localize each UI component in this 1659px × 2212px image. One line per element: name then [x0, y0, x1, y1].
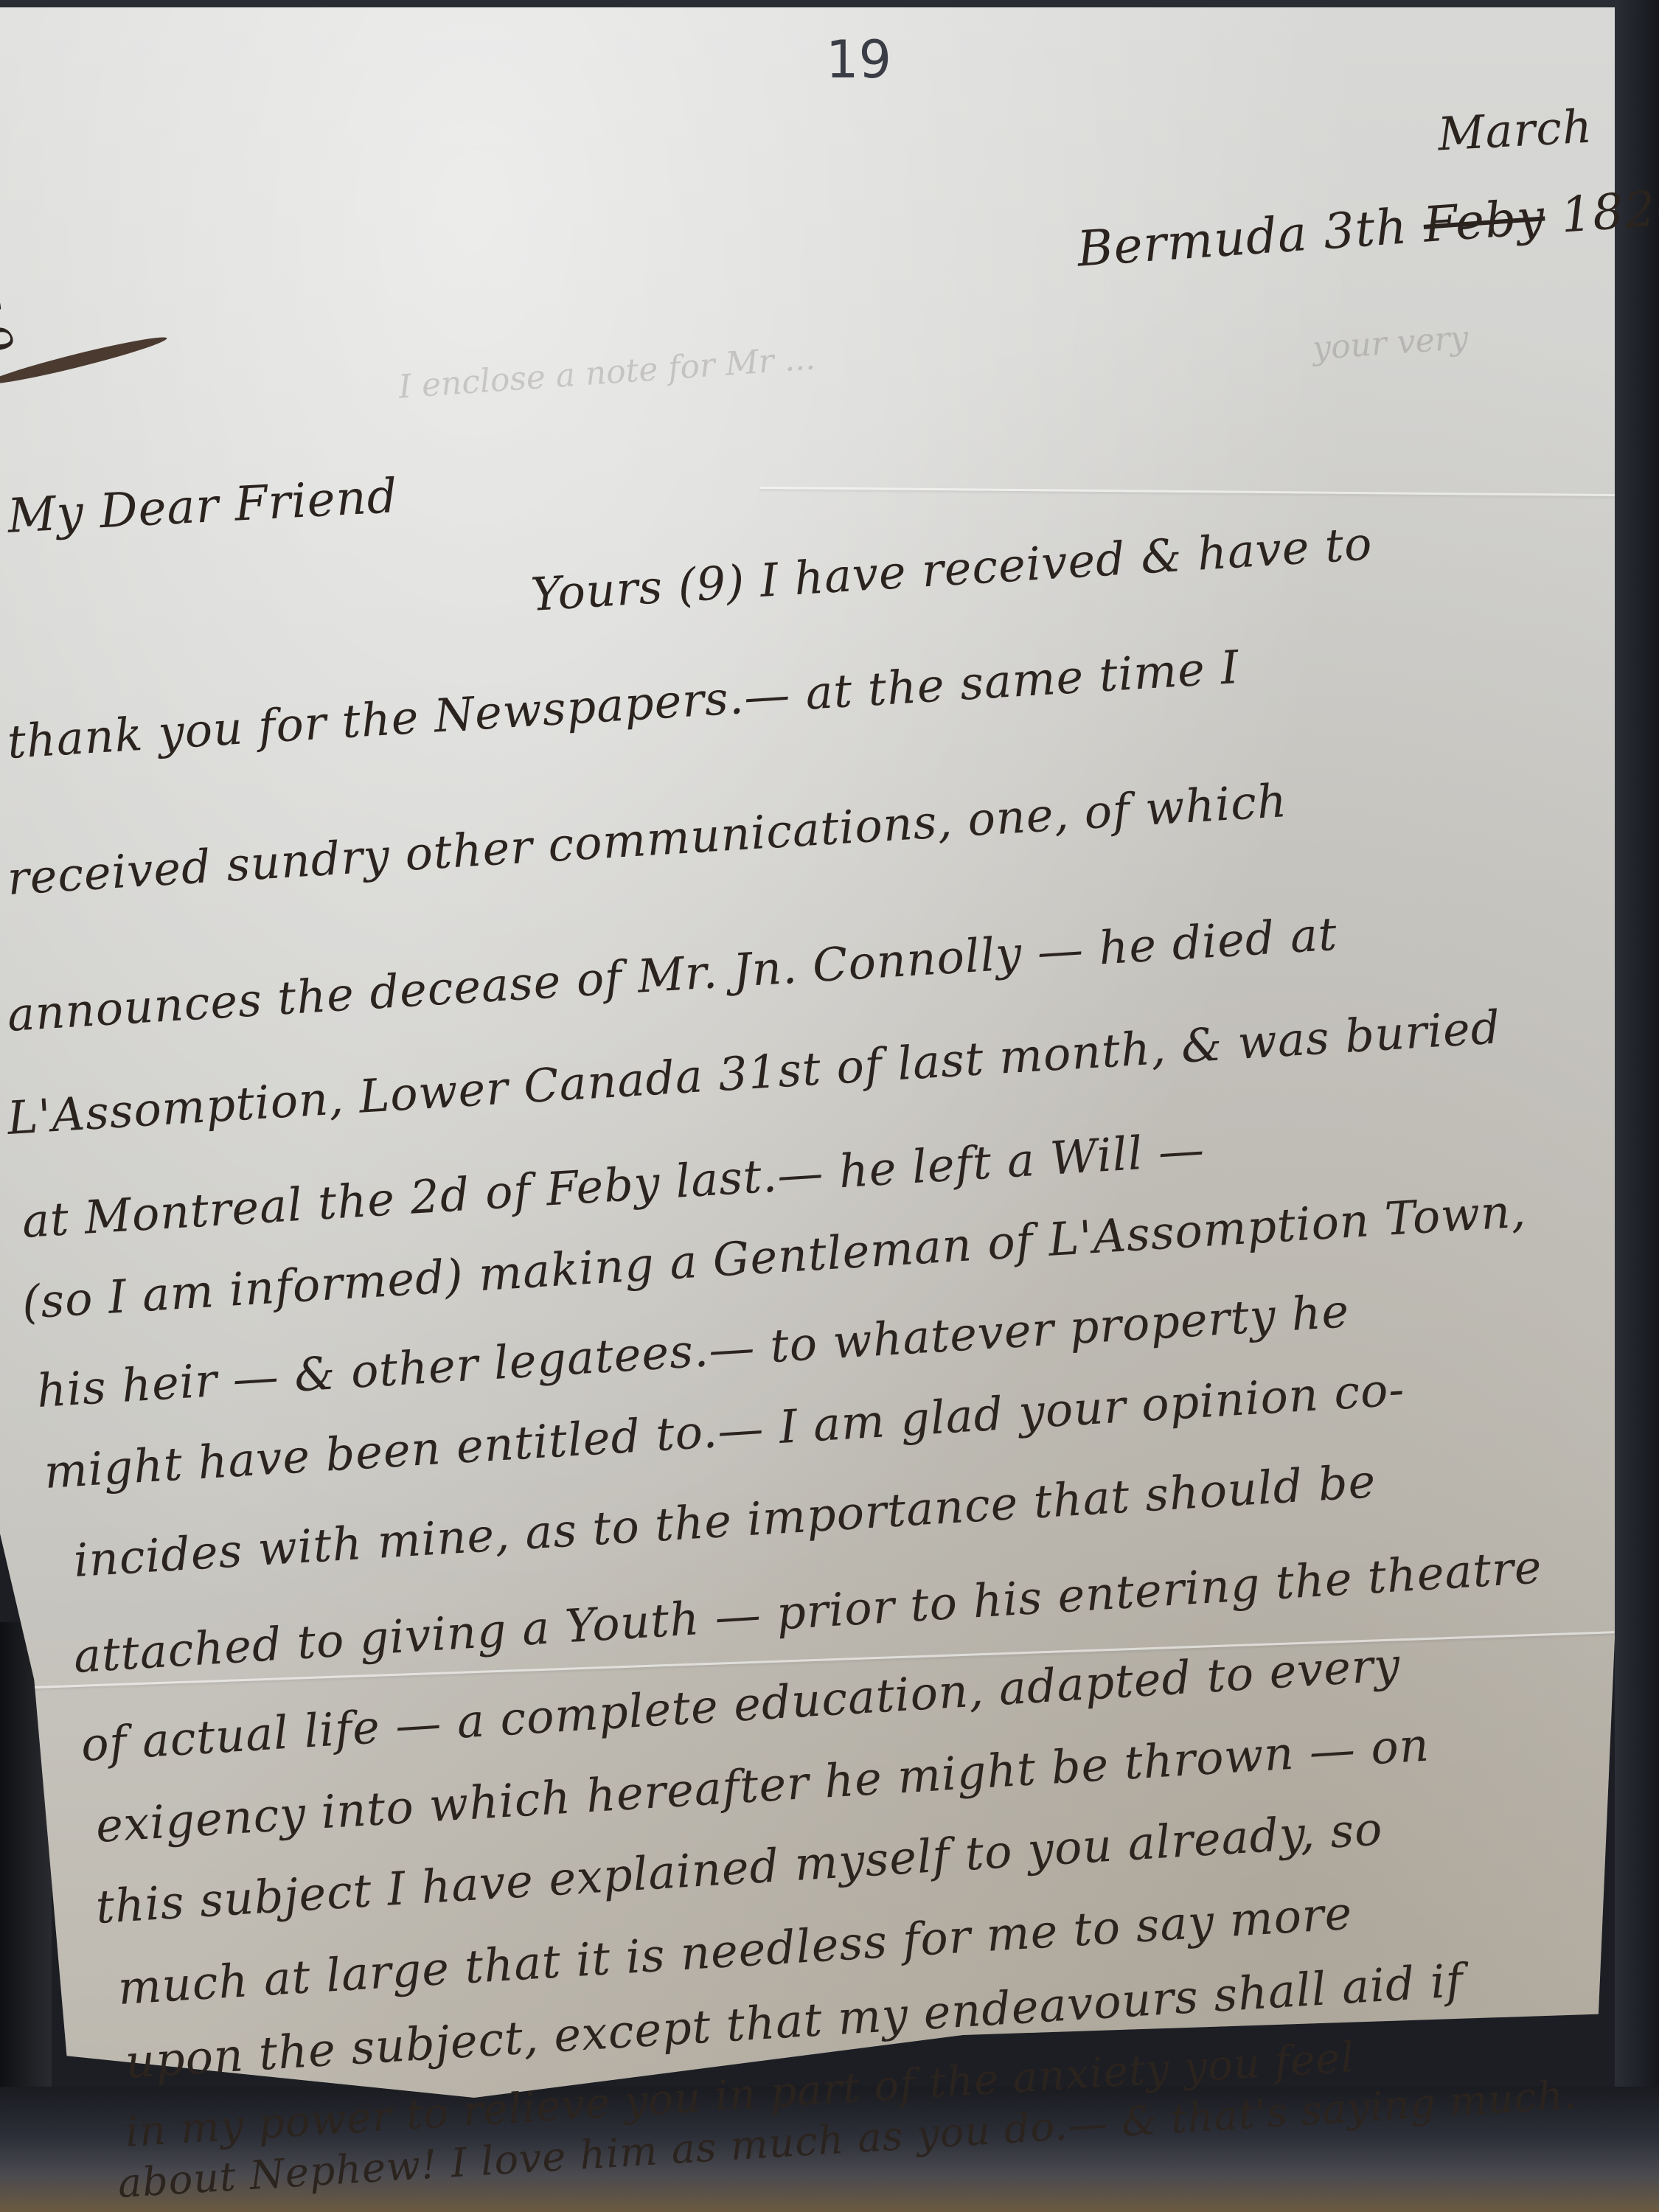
frame-right-edge	[1615, 0, 1659, 2212]
bleed-through-text: I enclose a note for Mr ...	[397, 339, 816, 406]
year: 1820.	[1559, 177, 1659, 243]
archive-page-number: 19	[826, 29, 891, 90]
ink-flourish	[0, 332, 168, 389]
struck-month: Feby	[1422, 188, 1547, 253]
bleed-through-text: your very	[1311, 319, 1470, 368]
month-correction: March	[1436, 100, 1593, 161]
day: 3th	[1321, 198, 1409, 260]
fold-crease	[759, 487, 1615, 496]
